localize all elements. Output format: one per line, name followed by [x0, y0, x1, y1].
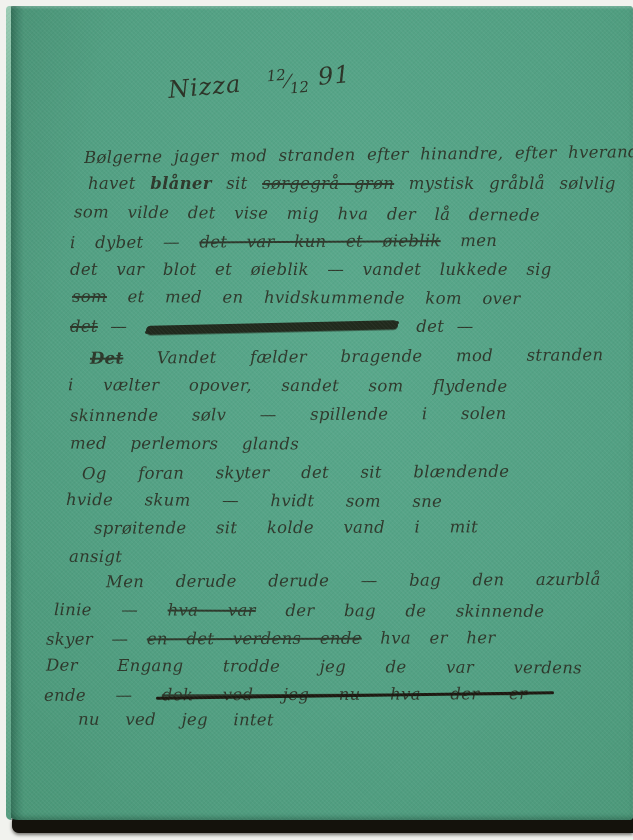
handwriting-segment: hva er her	[362, 628, 496, 647]
photograph-of-manuscript: { "manuscript": { "description": "Green …	[0, 0, 633, 840]
handwriting-segment: ansigt	[69, 547, 122, 566]
header-place: Nizza	[167, 70, 242, 104]
handwriting-segment: skyer —	[46, 629, 147, 648]
handwriting-line: som vilde det vise mig hva der lå derned…	[74, 201, 540, 226]
handwriting-segment: Der Engang trodde jeg de var verdens	[46, 656, 582, 678]
handwriting-segment: —	[98, 317, 140, 336]
handwriting-segment: en det verdens ende	[147, 629, 362, 649]
handwriting-segment: sprøitende sit kolde vand i mit	[94, 517, 478, 537]
handwriting-segment: i dybet —	[70, 232, 199, 252]
handwriting-line: hvide skum — hvidt som sne	[66, 489, 442, 513]
ink-scribble	[146, 320, 398, 335]
handwriting-line: som et med en hvidskummende kom over	[72, 286, 521, 310]
handwriting-line: Men derude derude — bag den azurblå	[106, 569, 601, 594]
handwriting-line: skinnende sølv — spillende i solen	[70, 403, 507, 427]
handwriting-segment: nu ved jeg intet	[78, 710, 274, 730]
handwriting-line: linie — hva var der bag de skinnende	[54, 599, 544, 623]
handwriting-segment: Vandet fælder bragende mod stranden	[123, 345, 603, 367]
book-cover: Nizza12⁄1291 Bølgerne jager mod stranden…	[6, 6, 633, 820]
handwriting-segment: skinnende sølv — spillende i solen	[70, 404, 507, 425]
handwriting-line: havet blåner sit sørgegrå grøn mystisk g…	[88, 173, 616, 195]
handwriting-line: nu ved jeg intet	[78, 709, 274, 732]
handwriting-segment: sit	[212, 174, 262, 193]
handwriting-segment: det var blot et øieblik — vandet lukkede…	[70, 260, 552, 279]
handwriting-segment: ende —	[44, 685, 162, 704]
handwriting-segment: sørgegrå grøn	[262, 174, 394, 193]
handwriting-segment: det	[70, 317, 98, 336]
handwriting-segment: hva var	[168, 601, 256, 620]
handwriting-line: Bølgerne jager mod stranden efter hinand…	[84, 141, 633, 169]
header-date-day: 12	[266, 66, 287, 86]
handwriting-segment: som	[72, 287, 107, 306]
manuscript-text: Nizza12⁄1291 Bølgerne jager mod stranden…	[6, 6, 633, 820]
handwriting-segment: men	[441, 231, 498, 250]
handwriting-segment: med perlemors glands	[70, 434, 299, 454]
handwriting-line: ansigt	[69, 546, 122, 568]
header-date-fraction: 12⁄12	[266, 70, 309, 95]
handwriting-segment: mystisk gråblå sølvlig	[394, 174, 616, 193]
handwriting-line: med perlemors glands	[70, 433, 299, 456]
handwriting-segment: i vælter opover, sandet som flydende	[68, 375, 508, 396]
handwriting-segment: Bølgerne jager mod stranden efter hinand…	[84, 142, 633, 167]
manuscript-header: Nizza12⁄1291	[167, 60, 352, 108]
handwriting-line: Det Vandet fælder bragende mod stranden	[90, 344, 604, 370]
handwriting-segment: et med en hvidskummende kom over	[107, 287, 521, 308]
handwriting-segment: som vilde det vise mig hva der lå derned…	[74, 202, 540, 224]
handwriting-segment: det —	[404, 317, 474, 336]
handwriting-line: det var blot et øieblik — vandet lukkede…	[70, 259, 552, 281]
header-date-month: 12	[289, 78, 310, 98]
handwriting-line: i dybet — det var kun et øieblik men	[70, 230, 497, 254]
handwriting-line: det — det —	[70, 316, 474, 338]
handwriting-segment: Det	[90, 349, 123, 368]
handwriting-segment: linie —	[54, 600, 168, 619]
handwriting-segment: Men derude derude — bag den azurblå	[106, 570, 601, 592]
handwriting-line: i vælter opover, sandet som flydende	[68, 374, 508, 398]
handwriting-line: skyer — en det verdens ende hva er her	[46, 627, 496, 651]
handwriting-segment: blåner	[150, 174, 211, 193]
header-year: 91	[317, 60, 352, 91]
handwriting-segment: det var kun et øieblik	[199, 231, 440, 251]
handwriting-segment: hvide skum — hvidt som sne	[66, 490, 442, 511]
handwriting-line: Og foran skyter det sit blændende	[82, 461, 509, 485]
handwriting-line: Der Engang trodde jeg de var verdens	[46, 655, 582, 680]
handwriting-segment: der bag de skinnende	[256, 601, 545, 621]
handwriting-line: sprøitende sit kolde vand i mit	[94, 516, 478, 539]
handwriting-segment: Og foran skyter det sit blændende	[82, 462, 509, 483]
handwriting-segment: havet	[88, 174, 150, 193]
